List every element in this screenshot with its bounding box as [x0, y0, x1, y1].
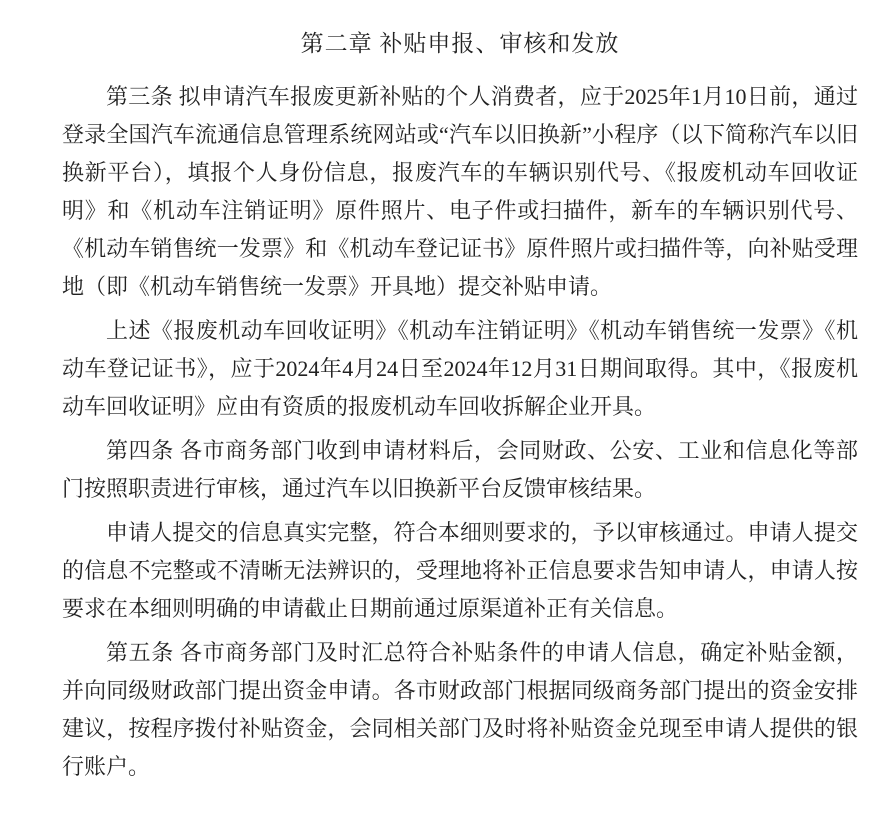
paragraph-article-4: 第四条 各市商务部门收到申请材料后，会同财政、公安、工业和信息化等部门按照职责进…	[62, 432, 858, 508]
paragraph-article-5: 第五条 各市商务部门及时汇总符合补贴条件的申请人信息，确定补贴金额，并向同级财政…	[62, 634, 858, 786]
paragraph-article-3: 第三条 拟申请汽车报废更新补贴的个人消费者，应于2025年1月10日前，通过登录…	[62, 78, 858, 306]
document-page: 第二章 补贴申报、审核和发放 第三条 拟申请汽车报废更新补贴的个人消费者，应于2…	[0, 0, 893, 833]
paragraph-review-rules: 申请人提交的信息真实完整，符合本细则要求的，予以审核通过。申请人提交的信息不完整…	[62, 514, 858, 628]
chapter-heading: 第二章 补贴申报、审核和发放	[62, 24, 858, 64]
paragraph-certificates-period: 上述《报废机动车回收证明》《机动车注销证明》《机动车销售统一发票》《机动车登记证…	[62, 312, 858, 426]
